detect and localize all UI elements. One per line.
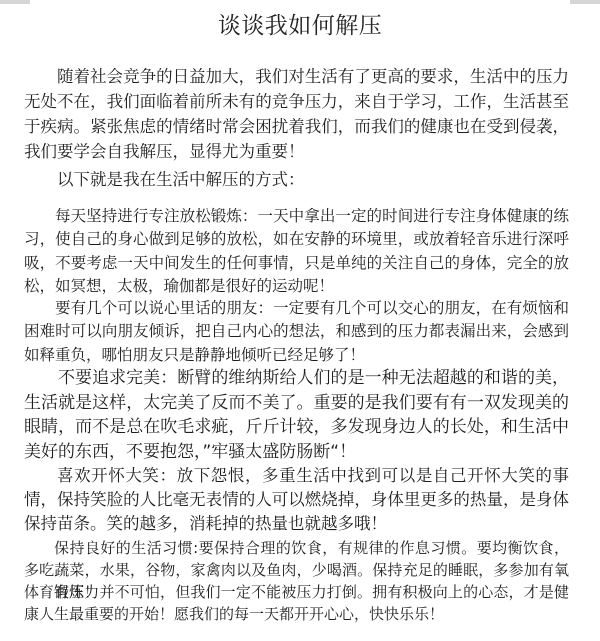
- lead-paragraph: 以下就是我在生活中解压的方式：: [24, 167, 569, 192]
- section-body: 有压力并不可怕，但我们一定不能被压力打倒。拥有积极向上的心态，才是健康人生最重要…: [24, 583, 569, 623]
- section-laugh: 喜欢开怀大笑：放下怨恨，多重生活中找到可以是自己开怀大笑的事情，保持笑脸的人比毫…: [24, 464, 569, 536]
- section-heading: 喜欢开怀大笑：: [57, 466, 177, 485]
- section-heading: 不要追求完美：: [58, 368, 177, 388]
- conclusion-paragraph: 有压力并不可怕，但我们一定不能被压力打倒。拥有积极向上的心态，才是健康人生最重要…: [24, 581, 569, 625]
- intro-paragraph: 随着社会竞争的日益加大，我们对生活有了更高的要求，生活中的压力无处不在，我们面临…: [24, 64, 569, 164]
- top-right-edge-bar: [570, 0, 600, 4]
- section-heading: 要有几个可以说心里话的朋友：: [55, 299, 273, 317]
- section-friends: 要有几个可以说心里话的朋友：一定要有几个可以交心的朋友，在有烦恼和困难时可以向朋…: [24, 297, 569, 367]
- top-left-edge-bar: [0, 0, 30, 4]
- page-title: 谈谈我如何解压: [0, 10, 600, 42]
- section-not-perfect: 不要追求完美：断臂的维纳斯给人们的是一种无法超越的和谐的美，生活就是这样，太完美…: [24, 366, 569, 464]
- section-heading: 每天坚持进行专注放松锻炼：: [55, 207, 258, 225]
- section-heading: 保持良好的生活习惯:: [54, 539, 198, 557]
- section-relaxation-exercise: 每天坚持进行专注放松锻炼：一天中拿出一定的时间进行专注身体健康的练习，使自己的身…: [24, 205, 569, 298]
